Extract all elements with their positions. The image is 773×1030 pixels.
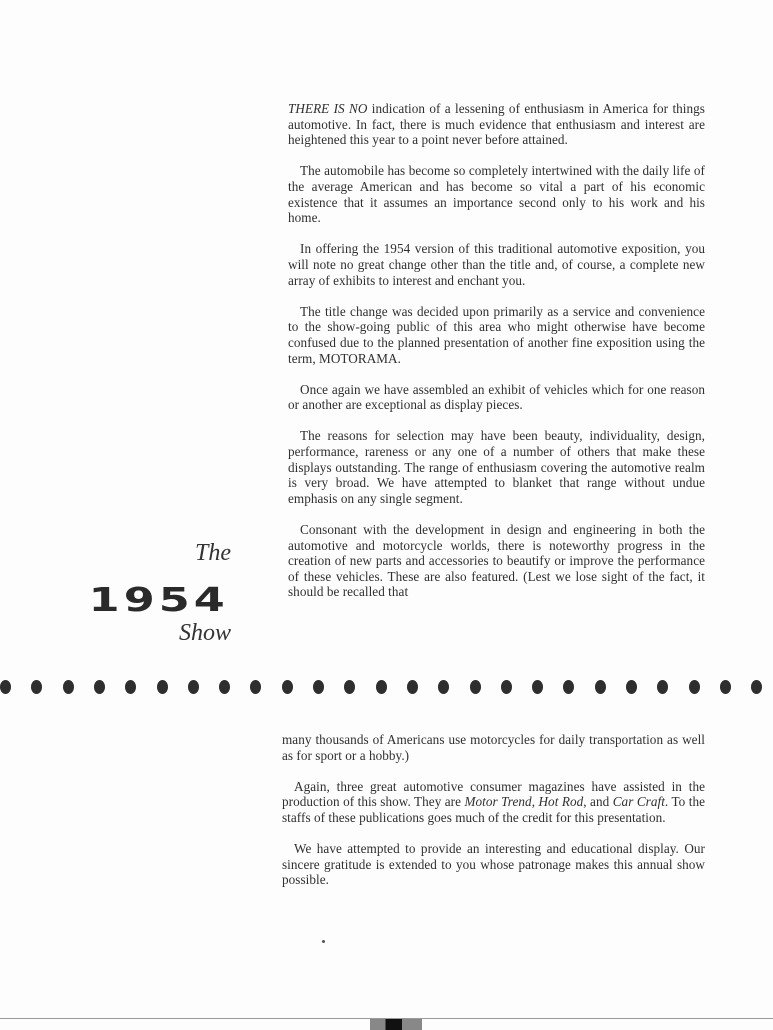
dotted-divider — [0, 680, 773, 696]
title-the: The — [195, 540, 231, 567]
divider-dot — [407, 680, 418, 694]
paragraph-7: Consonant with the development in design… — [288, 522, 705, 600]
divider-dot — [470, 680, 481, 694]
paragraph-8: many thousands of Americans use motorcyc… — [282, 732, 705, 763]
divider-dot — [250, 680, 261, 694]
divider-dot — [626, 680, 637, 694]
continued-text-column: many thousands of Americans use motorcyc… — [282, 732, 705, 904]
divider-dot — [31, 680, 42, 694]
divider-dot — [376, 680, 387, 694]
magazine-car-craft: Car Craft — [613, 794, 665, 809]
divider-dot — [157, 680, 168, 694]
divider-dot — [563, 680, 574, 694]
divider-dot — [63, 680, 74, 694]
scan-speck — [322, 940, 325, 943]
paragraph-10: We have attempted to provide an interest… — [282, 841, 705, 888]
divider-dot — [751, 680, 762, 694]
paragraph-9: Again, three great automotive consumer m… — [282, 779, 705, 826]
divider-dot — [532, 680, 543, 694]
paragraph-5: Once again we have assembled an exhibit … — [288, 382, 705, 413]
paragraph-2: The automobile has become so completely … — [288, 163, 705, 225]
scan-artifact — [370, 1019, 422, 1030]
divider-dot — [595, 680, 606, 694]
divider-dot — [282, 680, 293, 694]
divider-dot — [313, 680, 324, 694]
magazine-motor-trend: Motor Trend — [464, 794, 531, 809]
intro-text-column: THERE IS NO indication of a lessening of… — [288, 101, 705, 616]
paragraph-6: The reasons for selection may have been … — [288, 428, 705, 506]
paragraph-4: The title change was decided upon primar… — [288, 304, 705, 366]
divider-dot — [125, 680, 136, 694]
divider-dot — [344, 680, 355, 694]
paragraph-1: THERE IS NO indication of a lessening of… — [288, 101, 705, 148]
divider-dot — [501, 680, 512, 694]
lead-in: THERE IS NO — [288, 101, 367, 116]
title-show: Show — [179, 620, 231, 647]
divider-dot — [438, 680, 449, 694]
divider-dot — [657, 680, 668, 694]
divider-dot — [219, 680, 230, 694]
paragraph-3: In offering the 1954 version of this tra… — [288, 241, 705, 288]
title-year: 1954 — [89, 580, 229, 619]
divider-dot — [0, 680, 11, 694]
magazine-hot-rod: Hot Rod — [538, 794, 583, 809]
divider-dot — [188, 680, 199, 694]
divider-dot — [689, 680, 700, 694]
divider-dot — [94, 680, 105, 694]
divider-dot — [720, 680, 731, 694]
